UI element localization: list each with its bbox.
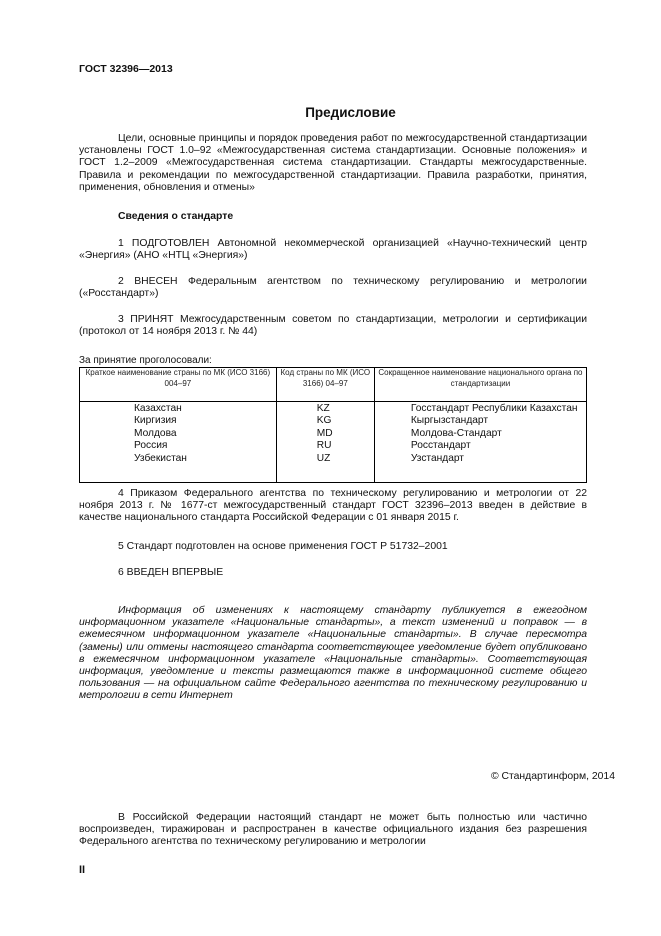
vote-code-ru: RU <box>317 440 374 452</box>
item-1-keyword: ПОДГОТОВЛЕН <box>132 238 210 249</box>
page-title: Предисловие <box>0 107 661 119</box>
vote-body-uz: Узстандарт <box>411 453 586 465</box>
item-1: 1 ПОДГОТОВЛЕН Автономной некоммерческой … <box>79 238 587 262</box>
vote-country-uz: Узбекистан <box>134 453 276 465</box>
national-bodies-cell: Госстандарт Республики КазахстанКыргызст… <box>374 402 586 483</box>
vote-body-kg: Кыргызстандарт <box>411 415 586 427</box>
item-1-num: 1 <box>118 238 124 249</box>
info-heading: Сведения о стандарте <box>79 211 587 223</box>
item-2: 2 ВНЕСЕН Федеральным агентством по техни… <box>79 276 587 300</box>
vote-country-kz: Казахстан <box>134 403 276 415</box>
legal-notice: В Российской Федерации настоящий стандар… <box>79 812 587 849</box>
vote-country-md: Молдова <box>134 428 276 440</box>
vote-body-kz: Госстандарт Республики Казахстан <box>411 403 586 415</box>
page-number: II <box>79 864 85 876</box>
standard-code-header: ГОСТ 32396—2013 <box>79 63 173 75</box>
country-names-cell: КазахстанКиргизияМолдоваРоссияУзбекистан <box>80 402 277 483</box>
vote-country-ru: Россия <box>134 440 276 452</box>
vote-code-kg: KG <box>317 415 374 427</box>
vote-table-body: КазахстанКиргизияМолдоваРоссияУзбекистан… <box>80 402 587 483</box>
intro-paragraph: Цели, основные принципы и порядок провед… <box>79 133 587 194</box>
item-6: 6 ВВЕДЕН ВПЕРВЫЕ <box>79 567 587 579</box>
vote-code-kz: KZ <box>317 403 374 415</box>
vote-table-header-row: Краткое наименование страны по МК (ИСО 3… <box>80 368 587 402</box>
item-5: 5 Стандарт подготовлен на основе примене… <box>79 541 587 553</box>
item-2-keyword: ВНЕСЕН <box>134 276 177 287</box>
vote-table: Краткое наименование страны по МК (ИСО 3… <box>79 367 587 483</box>
vote-body-md: Молдова-Стандарт <box>411 428 586 440</box>
changes-info: Информация об изменениях к настоящему ст… <box>79 605 587 703</box>
header-national-body: Сокращенное наименование национального о… <box>374 368 586 402</box>
item-3: 3 ПРИНЯТ Межгосударственным советом по с… <box>79 314 587 338</box>
item-3-num: 3 <box>118 314 124 325</box>
vote-country-kg: Киргизия <box>134 415 276 427</box>
vote-body-ru: Росстандарт <box>411 440 586 452</box>
header-country-code: Код страны по МК (ИСО 3166) 04–97 <box>276 368 374 402</box>
country-codes-cell: KZKGMDRUUZ <box>276 402 374 483</box>
vote-code-md: MD <box>317 428 374 440</box>
item-3-keyword: ПРИНЯТ <box>130 314 173 325</box>
vote-label: За принятие проголосовали: <box>79 355 212 367</box>
item-4: 4 Приказом Федерального агентства по тех… <box>79 488 587 525</box>
item-2-num: 2 <box>118 276 124 287</box>
copyright: © Стандартинформ, 2014 <box>491 771 615 783</box>
header-country-name: Краткое наименование страны по МК (ИСО 3… <box>80 368 277 402</box>
vote-code-uz: UZ <box>317 453 374 465</box>
